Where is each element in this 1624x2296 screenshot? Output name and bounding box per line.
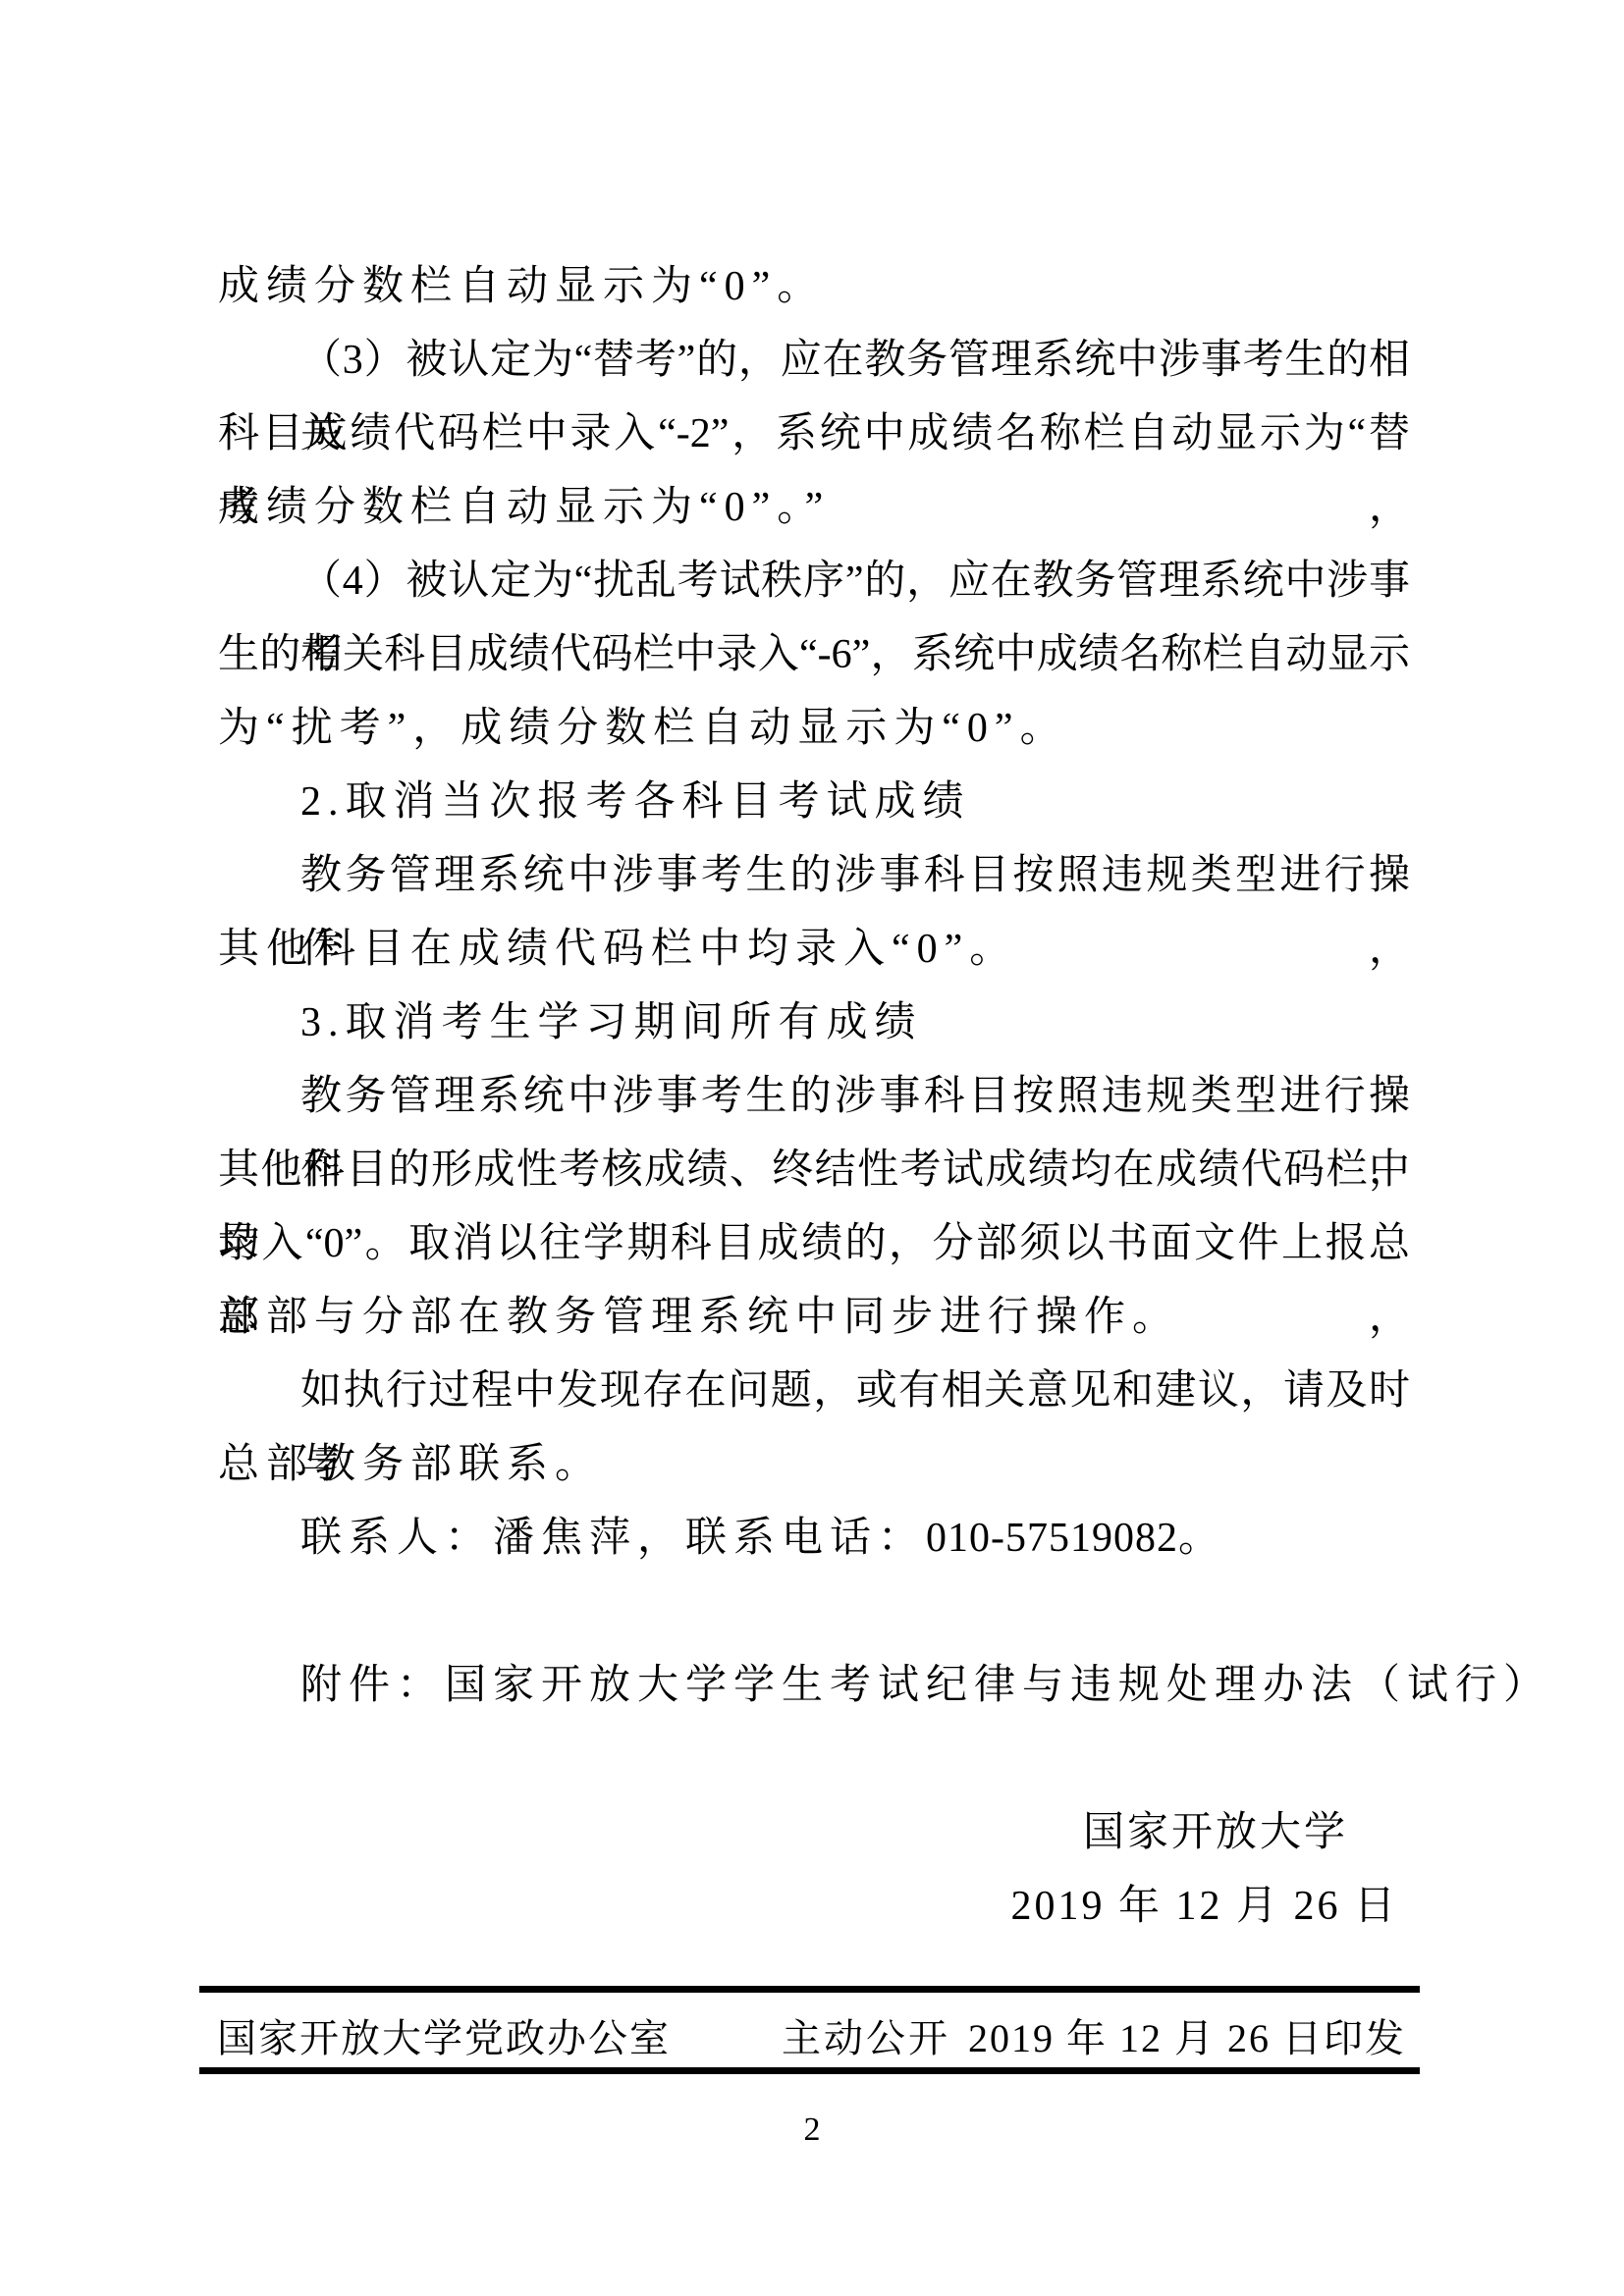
document-page: 成绩分数栏自动显示为“0”。 （3）被认定为“替考”的，应在教务管理系统中涉事考…	[0, 0, 1624, 2296]
signature-org: 国家开放大学	[218, 1796, 1410, 1870]
body-line: （3）被认定为“替考”的，应在教务管理系统中涉事考生的相关	[218, 324, 1410, 398]
body-line: 成绩分数栏自动显示为“0”。	[218, 250, 1410, 324]
footer-disclosure-label: 主动公开	[782, 2005, 950, 2072]
footer-issue-date: 2019 年 12 月 26 日印发	[968, 2005, 1406, 2072]
body-line: 为“扰考”，成绩分数栏自动显示为“0”。	[218, 692, 1410, 766]
page-number: 2	[0, 2107, 1624, 2154]
body-line-heading: 3.取消考生学习期间所有成绩	[218, 987, 1410, 1060]
footer-rule-top	[199, 1986, 1420, 1993]
attachment-line: 附件：国家开放大学学生考试纪律与违规处理办法（试行）	[218, 1649, 1410, 1723]
body-line: 其他科目的形成性考核成绩、终结性考试成绩均在成绩代码栏中均	[218, 1134, 1410, 1207]
body-line: 如执行过程中发现存在问题，或有相关意见和建议，请及时与	[218, 1355, 1410, 1428]
signature-date: 2019 年 12 月 26 日	[218, 1870, 1410, 1944]
footer-office: 国家开放大学党政办公室	[217, 2005, 671, 2072]
body-line: 科目成绩代码栏中录入“-2”，系统中成绩名称栏自动显示为“替考”，	[218, 398, 1410, 471]
body-line: 生的相关科目成绩代码栏中录入“-6”，系统中成绩名称栏自动显示	[218, 618, 1410, 692]
contact-line: 联系人：潘焦萍，联系电话：010-57519082。	[218, 1502, 1410, 1575]
body-line: （4）被认定为“扰乱考试秩序”的，应在教务管理系统中涉事考	[218, 545, 1410, 618]
document-body: 成绩分数栏自动显示为“0”。 （3）被认定为“替考”的，应在教务管理系统中涉事考…	[218, 250, 1410, 1944]
footer-rule-bottom	[199, 2067, 1420, 2074]
blank-line	[218, 1575, 1410, 1649]
body-line: 教务管理系统中涉事考生的涉事科目按照违规类型进行操作，	[218, 839, 1410, 913]
contact-phone: 010-57519082。	[926, 1516, 1220, 1561]
blank-line	[218, 1723, 1410, 1796]
body-line: 总部教务部联系。	[218, 1428, 1410, 1502]
body-line: 录入“0”。取消以往学期科目成绩的，分部须以书面文件上报总部，	[218, 1207, 1410, 1281]
body-line-heading: 2.取消当次报考各科目考试成绩	[218, 766, 1410, 839]
footer: 国家开放大学党政办公室 主动公开 2019 年 12 月 26 日印发	[199, 2005, 1420, 2072]
contact-label: 联系人：潘焦萍，联系电话：	[300, 1516, 926, 1561]
body-line: 教务管理系统中涉事考生的涉事科目按照违规类型进行操作，	[218, 1060, 1410, 1134]
